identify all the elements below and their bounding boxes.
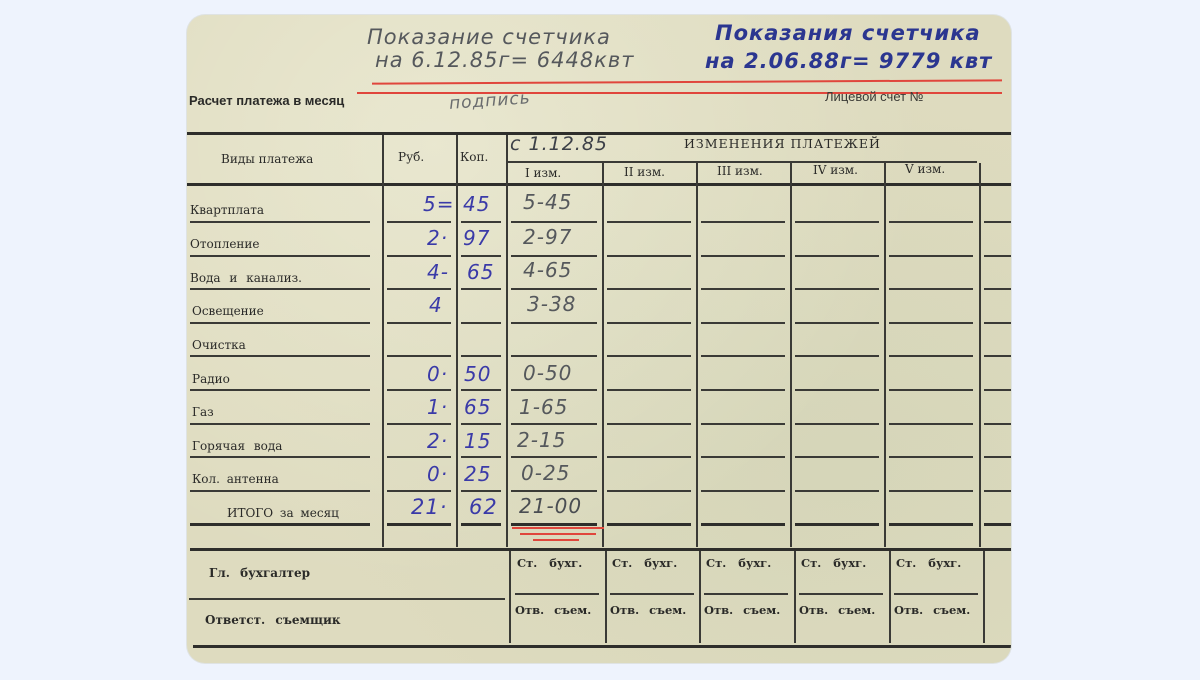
row-line <box>387 456 451 458</box>
row-line <box>387 288 451 290</box>
heating-kop: 97 <box>463 226 490 250</box>
total-rub: 21· <box>411 495 447 519</box>
payment-card: Показание счетчика на 6.12.85г= 6448квт … <box>187 15 1011 663</box>
row-line <box>795 355 879 357</box>
row-line <box>190 456 370 458</box>
row-line <box>511 322 597 324</box>
row-line <box>795 456 879 458</box>
total-kop: 62 <box>469 495 498 519</box>
row-line <box>607 389 691 391</box>
footer-col-divider <box>509 551 511 643</box>
row-line <box>889 490 973 492</box>
row-line <box>795 389 879 391</box>
gas-change-1: 1-65 <box>519 395 568 419</box>
responsible-tenant-cell-label: Отв. съем. <box>799 603 875 617</box>
water-rub: 4- <box>427 260 449 284</box>
footer-col-divider <box>983 551 985 643</box>
header-change-4: IV изм. <box>813 163 858 177</box>
row-line <box>795 490 879 492</box>
row-line <box>190 255 370 257</box>
signature-line <box>799 593 883 595</box>
header-change-1: I изм. <box>525 166 561 180</box>
row-line <box>511 456 597 458</box>
antenna-change-1: 0-25 <box>521 461 570 485</box>
radio-rub: 0· <box>427 362 448 386</box>
gas-rub: 1· <box>427 395 448 419</box>
row-line <box>461 389 501 391</box>
row-line <box>607 255 691 257</box>
red-underline-top <box>372 79 1002 84</box>
header-payment-type: Виды платежа <box>221 152 313 166</box>
chief-accountant-label: Гл. бухгалтер <box>209 566 310 580</box>
water-kop: 65 <box>467 260 494 284</box>
row-line <box>889 255 973 257</box>
account-number-label: Лицевой счет № <box>825 89 924 104</box>
row-line <box>190 423 370 425</box>
signature: подпись <box>448 88 531 114</box>
footer-row-divider <box>189 598 505 600</box>
row-label-gas: Газ <box>192 405 214 419</box>
row-line <box>795 288 879 290</box>
row-line <box>984 423 1011 425</box>
footer-col-divider <box>699 551 701 643</box>
row-line <box>461 322 501 324</box>
hot-water-change-1: 2-15 <box>517 428 566 452</box>
row-line <box>607 490 691 492</box>
gas-kop: 65 <box>464 395 491 419</box>
senior-accountant-label: Ст. бухг. <box>801 556 866 570</box>
row-line <box>387 255 451 257</box>
col-divider-3 <box>790 163 792 547</box>
row-line <box>607 423 691 425</box>
row-line <box>190 490 370 492</box>
row-label-rent: Квартплата <box>190 203 264 217</box>
row-line-total <box>701 523 785 526</box>
row-line <box>701 389 785 391</box>
row-line <box>984 221 1011 223</box>
hot-water-kop: 15 <box>464 429 491 453</box>
row-line-total <box>795 523 879 526</box>
row-line <box>607 288 691 290</box>
row-label-antenna: Кол. антенна <box>192 472 279 486</box>
antenna-kop: 25 <box>464 462 491 486</box>
row-line-total <box>190 523 370 526</box>
radio-kop: 50 <box>464 362 491 386</box>
lighting-rub: 4 <box>429 293 443 317</box>
row-line <box>889 355 973 357</box>
row-line <box>701 456 785 458</box>
meter-reading-1-line1: Показание счетчика <box>367 25 611 49</box>
row-label-radio: Радио <box>192 372 230 386</box>
lighting-change-1: 3-38 <box>527 292 576 316</box>
antenna-rub: 0· <box>427 462 448 486</box>
row-line <box>984 322 1011 324</box>
senior-accountant-label: Ст. бухг. <box>896 556 961 570</box>
row-line <box>511 255 597 257</box>
row-line <box>984 490 1011 492</box>
row-label-heating: Отопление <box>190 237 260 251</box>
heating-rub: 2· <box>427 226 448 250</box>
row-line <box>387 389 451 391</box>
responsible-tenant-cell-label: Отв. съем. <box>894 603 970 617</box>
row-line <box>387 423 451 425</box>
row-label-water: Вода и канализ. <box>190 271 302 285</box>
meter-reading-2-line1: Показания счетчика <box>715 21 981 45</box>
hot-water-rub: 2· <box>427 429 448 453</box>
row-line <box>387 490 451 492</box>
senior-accountant-label: Ст. бухг. <box>517 556 582 570</box>
row-line <box>511 288 597 290</box>
responsible-tenant-label: Ответст. съемщик <box>205 613 341 627</box>
meter-reading-2-line2: на 2.06.88г= 9779 квт <box>705 49 992 73</box>
row-line <box>889 389 973 391</box>
row-line <box>795 423 879 425</box>
responsible-tenant-cell-label: Отв. съем. <box>515 603 591 617</box>
row-line <box>889 423 973 425</box>
responsible-tenant-cell-label: Отв. съем. <box>610 603 686 617</box>
row-line <box>461 490 501 492</box>
row-line <box>190 322 370 324</box>
row-line <box>701 423 785 425</box>
row-line <box>795 255 879 257</box>
total-change-1: 21-00 <box>519 494 582 518</box>
header-changes: ИЗМЕНЕНИЯ ПЛАТЕЖЕЙ <box>684 136 881 151</box>
header-rub: Руб. <box>398 150 424 164</box>
row-line <box>889 221 973 223</box>
row-line-total <box>461 523 501 526</box>
row-line <box>889 456 973 458</box>
row-line <box>984 456 1011 458</box>
row-line <box>795 322 879 324</box>
row-label-lighting: Освещение <box>192 304 264 318</box>
row-line <box>190 389 370 391</box>
signature-line <box>704 593 788 595</box>
row-line <box>701 221 785 223</box>
row-line <box>461 423 501 425</box>
row-line <box>461 288 501 290</box>
row-line <box>461 221 501 223</box>
document-title: Расчет платежа в месяц <box>189 93 344 108</box>
footer-col-divider <box>794 551 796 643</box>
col-divider-kop <box>506 135 508 547</box>
row-line-total <box>511 523 597 526</box>
row-line <box>461 355 501 357</box>
total-red-underline-2 <box>520 533 596 535</box>
rent-kop: 45 <box>463 192 490 216</box>
header-change-5: V изм. <box>905 162 945 176</box>
senior-accountant-label: Ст. бухг. <box>706 556 771 570</box>
row-line <box>387 322 451 324</box>
footer-bottom-border <box>193 645 1011 648</box>
row-line <box>984 389 1011 391</box>
header-kop: Коп. <box>460 150 488 164</box>
footer-col-divider <box>889 551 891 643</box>
row-line <box>607 322 691 324</box>
senior-accountant-label: Ст. бухг. <box>612 556 677 570</box>
row-line-total <box>984 523 1011 526</box>
row-line <box>795 221 879 223</box>
col-divider-rub <box>456 135 458 547</box>
row-line <box>889 288 973 290</box>
row-line <box>984 355 1011 357</box>
signature-line <box>610 593 694 595</box>
col-divider-5 <box>979 163 981 547</box>
header-change-2: II изм. <box>624 165 665 179</box>
row-line-total <box>607 523 691 526</box>
row-line <box>607 456 691 458</box>
total-red-underline-3 <box>533 539 579 541</box>
row-line <box>701 490 785 492</box>
responsible-tenant-cell-label: Отв. съем. <box>704 603 780 617</box>
row-line <box>190 221 370 223</box>
row-line <box>387 355 451 357</box>
total-red-underline-1 <box>512 527 604 529</box>
signature-line <box>515 593 599 595</box>
row-line <box>190 355 370 357</box>
row-line <box>701 322 785 324</box>
row-line <box>461 255 501 257</box>
row-line <box>701 255 785 257</box>
footer-col-divider <box>605 551 607 643</box>
row-line <box>387 221 451 223</box>
radio-change-1: 0-50 <box>523 361 572 385</box>
row-label-hot-water: Горячая вода <box>192 439 282 453</box>
header-change-3: III изм. <box>717 164 763 178</box>
col-divider-label <box>382 135 384 547</box>
meter-reading-1-line2: на 6.12.85г= 6448квт <box>375 48 634 72</box>
row-line <box>461 456 501 458</box>
row-label-total: ИТОГО за месяц <box>227 506 339 520</box>
col-divider-2 <box>696 163 698 547</box>
row-line <box>984 288 1011 290</box>
row-line <box>511 423 597 425</box>
col-divider-4 <box>884 163 886 547</box>
row-line <box>701 288 785 290</box>
row-line <box>511 221 597 223</box>
row-line <box>511 389 597 391</box>
row-line <box>701 355 785 357</box>
row-line <box>607 355 691 357</box>
water-change-1: 4-65 <box>523 258 572 282</box>
row-line-total <box>889 523 973 526</box>
rent-change-1: 5-45 <box>523 190 572 214</box>
row-line <box>984 255 1011 257</box>
row-line <box>190 288 370 290</box>
row-line <box>607 221 691 223</box>
header-bottom-border <box>187 183 1011 186</box>
heating-change-1: 2-97 <box>523 225 572 249</box>
row-line <box>511 490 597 492</box>
row-label-cleaning: Очистка <box>192 338 246 352</box>
signature-line <box>894 593 978 595</box>
row-line <box>511 355 597 357</box>
rent-rub: 5= <box>423 192 454 216</box>
footer-top-border <box>190 548 1011 551</box>
change-date: с 1.12.85 <box>510 133 608 155</box>
col-divider-1 <box>602 163 604 547</box>
row-line-total <box>387 523 451 526</box>
row-line <box>889 322 973 324</box>
